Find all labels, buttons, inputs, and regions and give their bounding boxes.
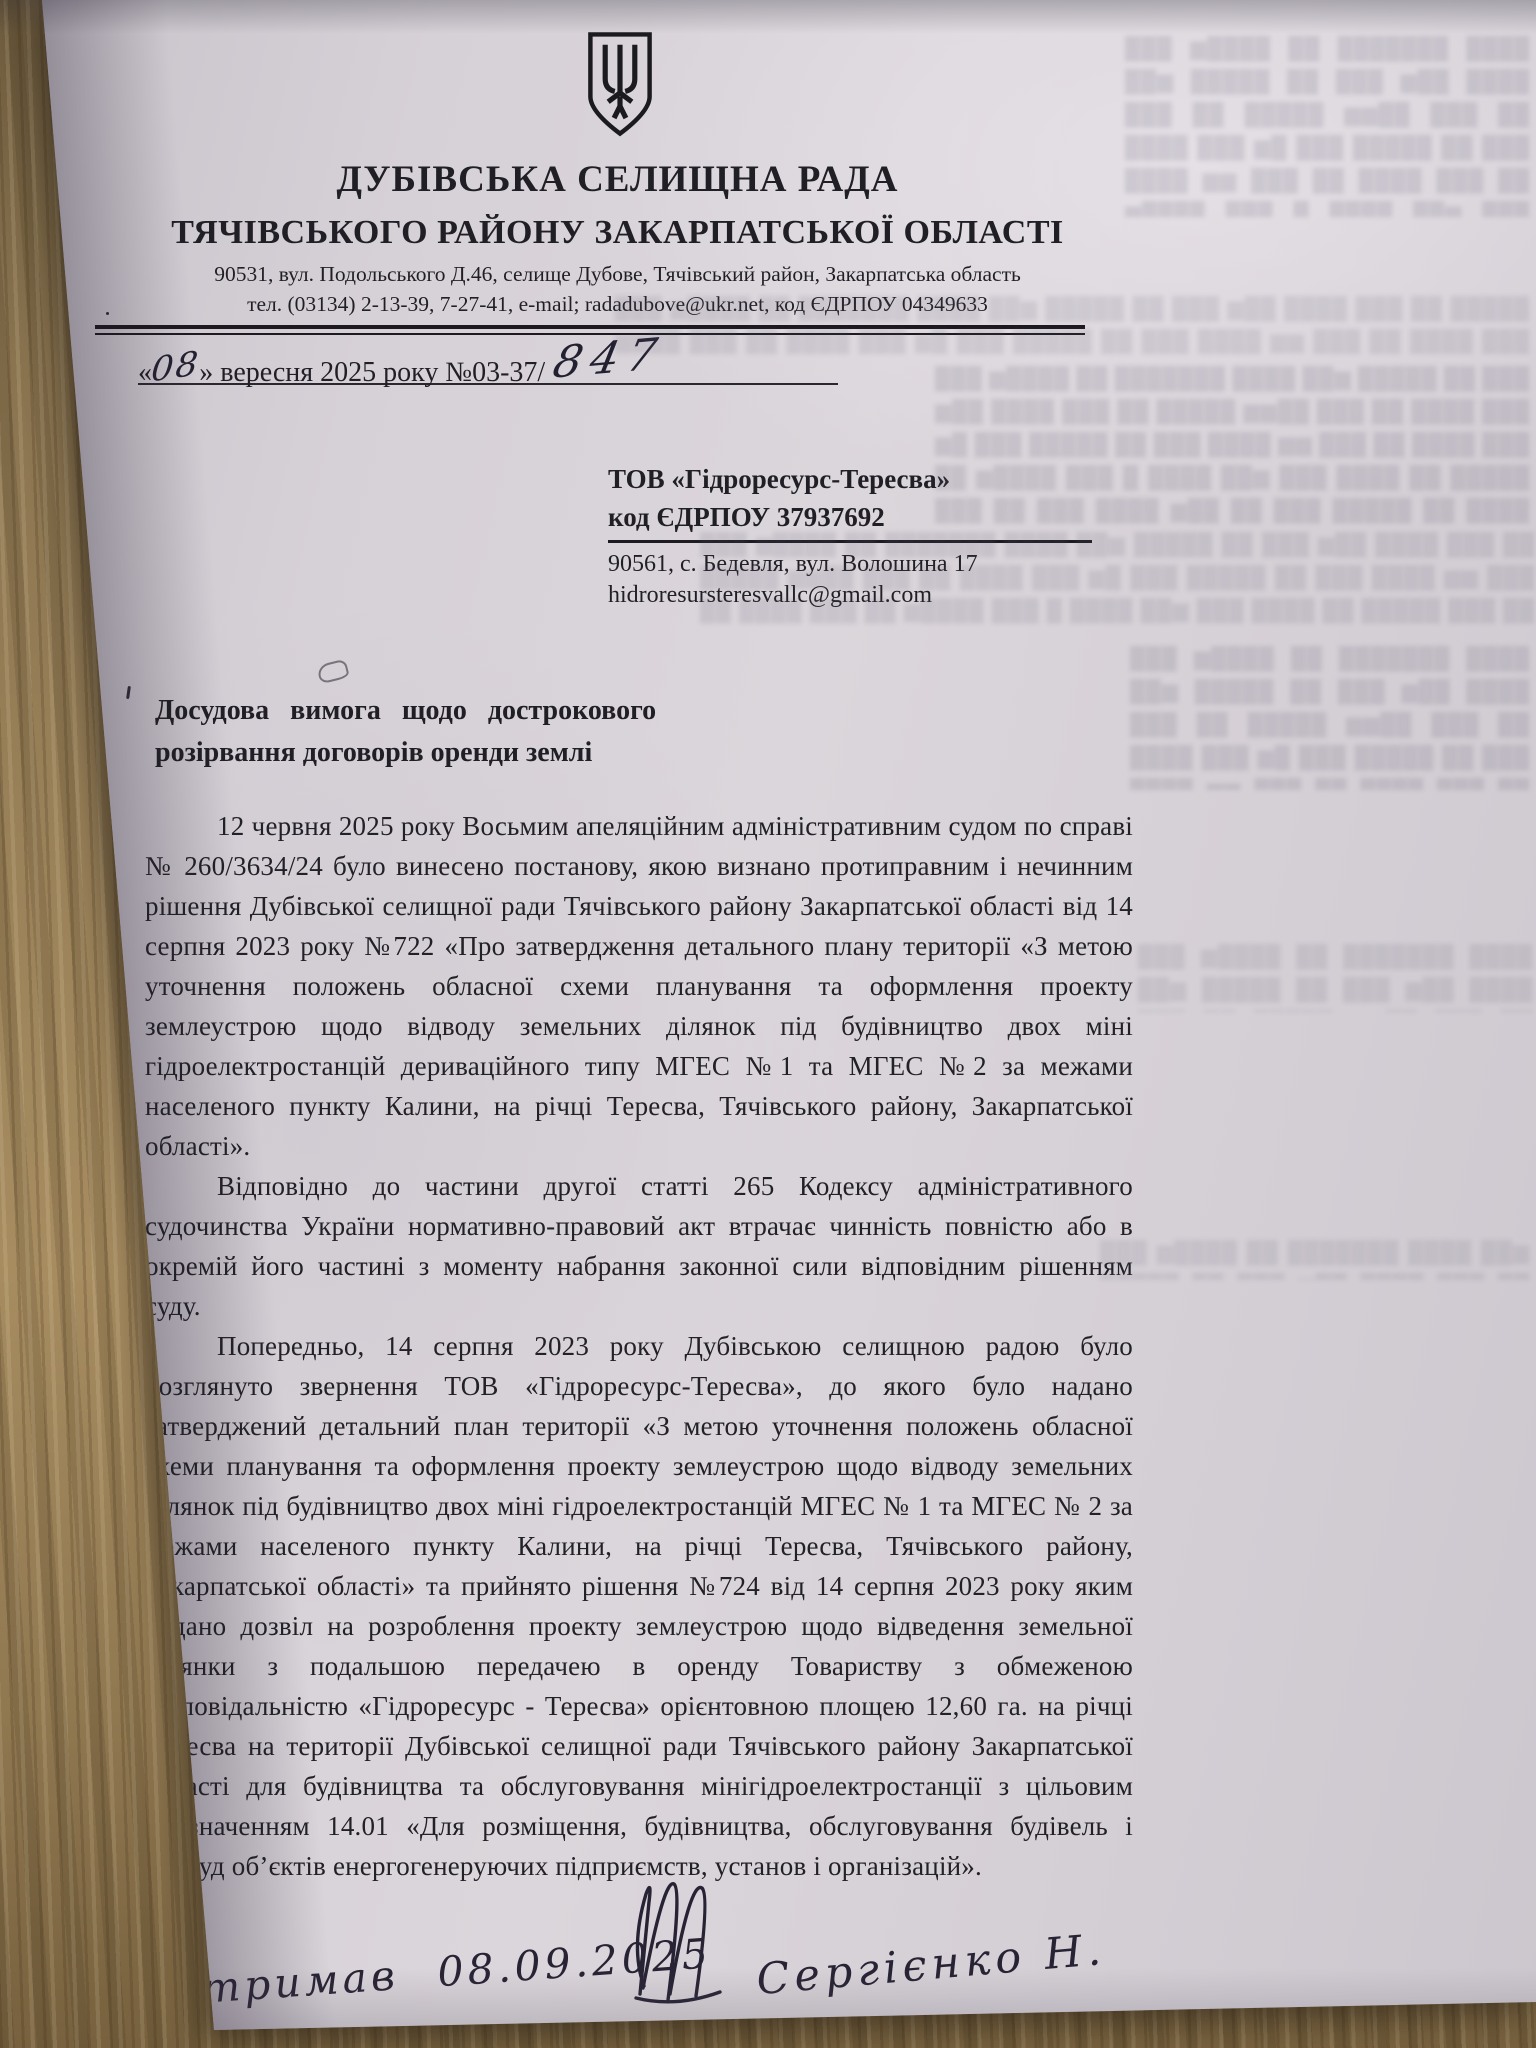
bleedthrough-text: ███ ▆████ ██ ███████ ████ ██▆ █████ ██ █…: [1100, 1236, 1530, 1280]
body-paragraph: 12 червня 2025 року Восьмим апеляційним …: [145, 806, 1133, 1166]
photo-top-shadow: [0, 0, 1536, 34]
subject-line-2: розірвання договорів оренди землі: [155, 732, 715, 774]
ink-speck: [117, 1162, 121, 1166]
trident-emblem-icon: [583, 28, 657, 140]
signature-scribble-icon: [616, 1868, 748, 2018]
bleedthrough-text: ███ ▆████ ██ ███████ ████ ██▆ █████ ██ █…: [1138, 940, 1533, 1012]
recipient-block: ТОВ «Гідроресурс-Тересва» код ЄДРПОУ 379…: [608, 460, 1092, 611]
recipient-underline: [608, 540, 1092, 543]
bleedthrough-text: ███ ▆████ ██ ███████ ████ ██▆ █████ ██ █…: [1130, 642, 1530, 790]
handwritten-number: 847: [549, 328, 669, 388]
recipient-name: ТОВ «Гідроресурс-Тересва»: [608, 460, 1092, 498]
header-divider: [95, 325, 1085, 335]
ink-speck: [126, 686, 131, 699]
document-page: ДУБІВСЬКА СЕЛИЩНА РАДА ТЯЧІВСЬКОГО РАЙОН…: [0, 0, 1536, 2048]
paper-wrap: ДУБІВСЬКА СЕЛИЩНА РАДА ТЯЧІВСЬКОГО РАЙОН…: [0, 0, 1536, 2048]
subject-heading: Досудова вимога щодо дострокового розірв…: [155, 690, 715, 774]
handwritten-day: 08: [150, 344, 202, 391]
org-address-line: 90531, вул. Подольського Д.46, селище Ду…: [95, 262, 1140, 287]
document-body: 12 червня 2025 року Восьмим апеляційним …: [145, 806, 1133, 1886]
body-paragraph: Відповідно до частини другої статті 265 …: [145, 1166, 1133, 1326]
correction-doodle: [316, 659, 350, 685]
bleedthrough-text: ███ ▆████ ██ ███████ ████ ██▆ █████ ██ █…: [1125, 32, 1530, 217]
reference-printed: » вересня 2025 року №03-37/: [199, 357, 545, 388]
recipient-email: hidroresursteresvallc@gmail.com: [608, 580, 1092, 611]
subject-line-1: Досудова вимога щодо дострокового: [155, 690, 715, 732]
ink-speck: [106, 312, 109, 315]
recipient-address: 90561, с. Бедевля, вул. Волошина 17: [608, 549, 1092, 580]
reference-line: «08» вересня 2025 року №03-37/847: [138, 341, 838, 385]
photo-scene: ДУБІВСЬКА СЕЛИЩНА РАДА ТЯЧІВСЬКОГО РАЙОН…: [0, 0, 1536, 2048]
org-region-line: ТЯЧІВСЬКОГО РАЙОНУ ЗАКАРПАТСЬКОЇ ОБЛАСТІ: [95, 214, 1140, 252]
org-contact-line: тел. (03134) 2-13-39, 7-27-41, e-mail; r…: [95, 292, 1140, 317]
signature-name-handwritten: Сергієнко Н.: [754, 1925, 1107, 2005]
body-paragraph: Попередньо, 14 серпня 2023 року Дубівськ…: [145, 1326, 1133, 1886]
org-name-line: ДУБІВСЬКА СЕЛИЩНА РАДА: [95, 158, 1140, 201]
recipient-edrpou: код ЄДРПОУ 37937692: [608, 498, 1092, 536]
